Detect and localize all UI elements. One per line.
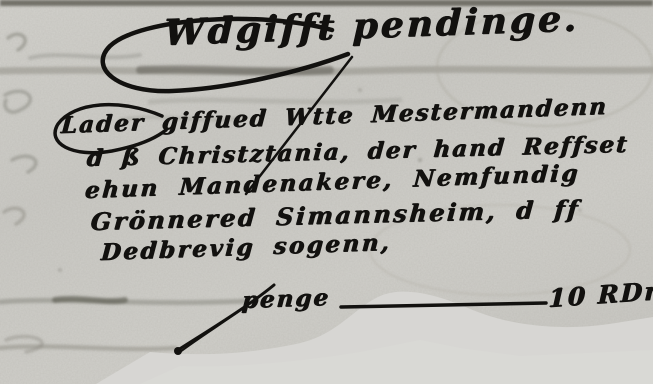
- body-line-1: Lader giffued Wtte Mestermandenn: [60, 93, 609, 139]
- footer-fill-line: [341, 303, 546, 307]
- header-title: Wdgifft pendinge.: [164, 0, 581, 54]
- footer-amount: 10 RDr,: [548, 276, 653, 314]
- footer-item-label: penge: [241, 284, 331, 314]
- manuscript-page: Wdgifft pendinge. Lader giffued Wtte Mes…: [0, 0, 653, 384]
